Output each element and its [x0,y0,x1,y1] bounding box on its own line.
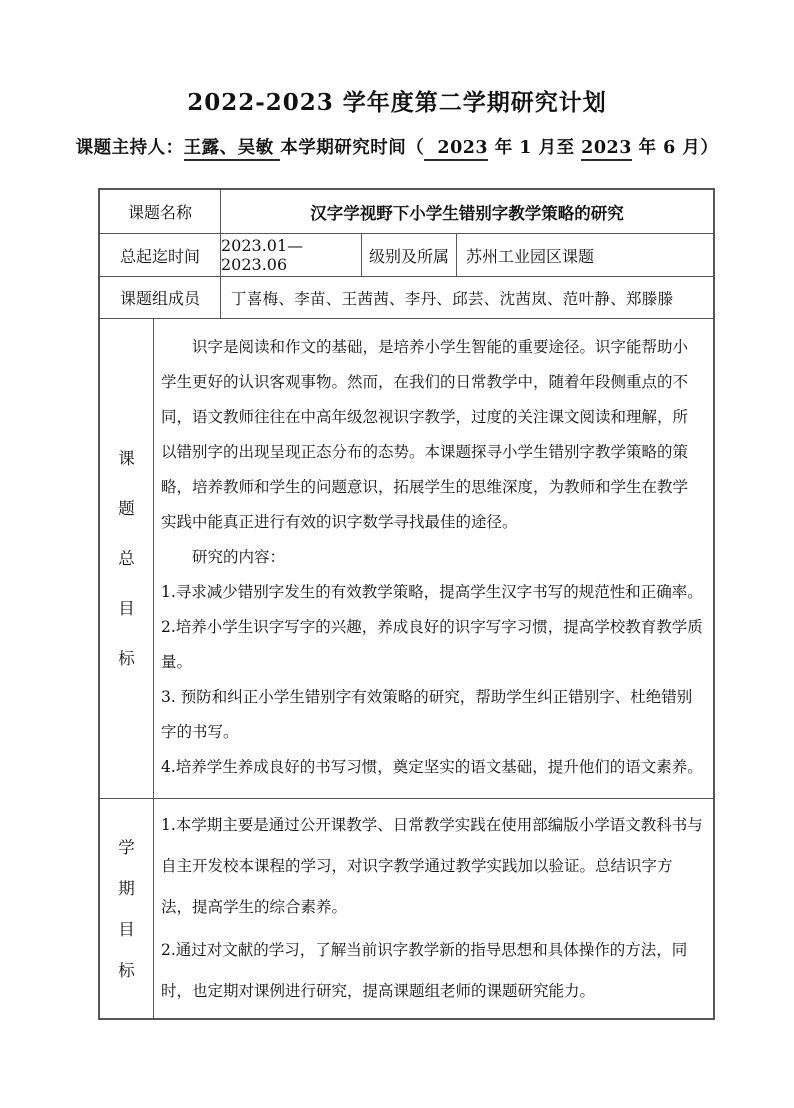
semester-goals-content: 1.本学期主要是通过公开课教学、日常教学实践在使用部编版小学语文教科书与自主开发… [153,799,713,1018]
semester-goals-label-cell: 学期目标 [100,799,153,1018]
subtitle-line: 课题主持人：王露、吴敏 本学期研究时间（ 2023 年 1 月至 2023 年 … [0,134,794,159]
duration-value: 2023.01—2023.06 [220,234,361,276]
members-value: 丁喜梅、李苗、王茜茜、李丹、邱芸、沈茜岚、范叶静、郑滕滕 [220,277,713,318]
page-title: 2022-2023 学年度第二学期研究计划 [0,0,794,117]
level-label: 级别及所属 [361,234,456,276]
semester-goals-label: 学期目标 [118,827,135,991]
duration-label: 总起迄时间 [100,234,220,276]
topic-name-value: 汉字学视野下小学生错别字教学策略的研究 [220,190,713,233]
table-row-semester-goals: 学期目标 1.本学期主要是通过公开课教学、日常教学实践在使用部编版小学语文教科书… [100,798,713,1018]
research-plan-table: 课题名称 汉字学视野下小学生错别字教学策略的研究 总起迄时间 2023.01—2… [98,188,715,1020]
subtitle-end-year-underlined: 2023 [581,138,632,161]
overall-goals-item-4: 4.培养学生养成良好的书写习惯，奠定坚实的语文基础，提升他们的语文素养。 [161,750,703,785]
overall-goals-label: 课题总目标 [118,434,135,684]
table-row-duration: 总起迄时间 2023.01—2023.06 级别及所属 苏州工业园区课题 [100,233,713,276]
overall-goals-content-heading: 研究的内容： [161,540,703,575]
semester-goals-item-2: 2.通过对文献的学习，了解当前识字教学新的指导思想和具体操作的方法，同时，也定期… [161,930,703,1012]
overall-goals-item-1: 1.寻求减少错别字发生的有效教学策略，提高学生汉字书写的规范性和正确率。 [161,575,703,610]
subtitle-start-year-underlined: 2023 [424,138,488,161]
table-row-members: 课题组成员 丁喜梅、李苗、王茜茜、李丹、邱芸、沈茜岚、范叶静、郑滕滕 [100,276,713,318]
semester-goals-item-1: 1.本学期主要是通过公开课教学、日常教学实践在使用部编版小学语文教科书与自主开发… [161,805,703,928]
members-label: 课题组成员 [100,277,220,318]
document-page: 2022-2023 学年度第二学期研究计划 课题主持人：王露、吴敏 本学期研究时… [0,0,794,1108]
subtitle-tail: 年 6 月） [632,138,718,158]
overall-goals-label-cell: 课题总目标 [100,319,153,798]
subtitle-between: 年 1 月至 [488,138,581,158]
overall-goals-content: 识字是阅读和作文的基础，是培养小学生智能的重要途径。识字能帮助小学生更好的认识客… [153,319,713,798]
table-row-topic-name: 课题名称 汉字学视野下小学生错别字教学策略的研究 [100,190,713,233]
overall-goals-item-3: 3. 预防和纠正小学生错别字有效策略的研究，帮助学生纠正错别字、杜绝错别字的书写… [161,680,703,750]
overall-goals-intro: 识字是阅读和作文的基础，是培养小学生智能的重要途径。识字能帮助小学生更好的认识客… [161,330,703,540]
table-row-overall-goals: 课题总目标 识字是阅读和作文的基础，是培养小学生智能的重要途径。识字能帮助小学生… [100,318,713,798]
subtitle-mid: 本学期研究时间（ [280,138,424,158]
subtitle-lead: 课题主持人： [76,138,184,158]
topic-name-label: 课题名称 [100,190,220,233]
overall-goals-item-2: 2.培养小学生识字写字的兴趣，养成良好的识字写字习惯，提高学校教育教学质量。 [161,610,703,680]
subtitle-hosts-underlined: 王露、吴敏 [184,138,281,161]
level-value: 苏州工业园区课题 [456,234,713,276]
